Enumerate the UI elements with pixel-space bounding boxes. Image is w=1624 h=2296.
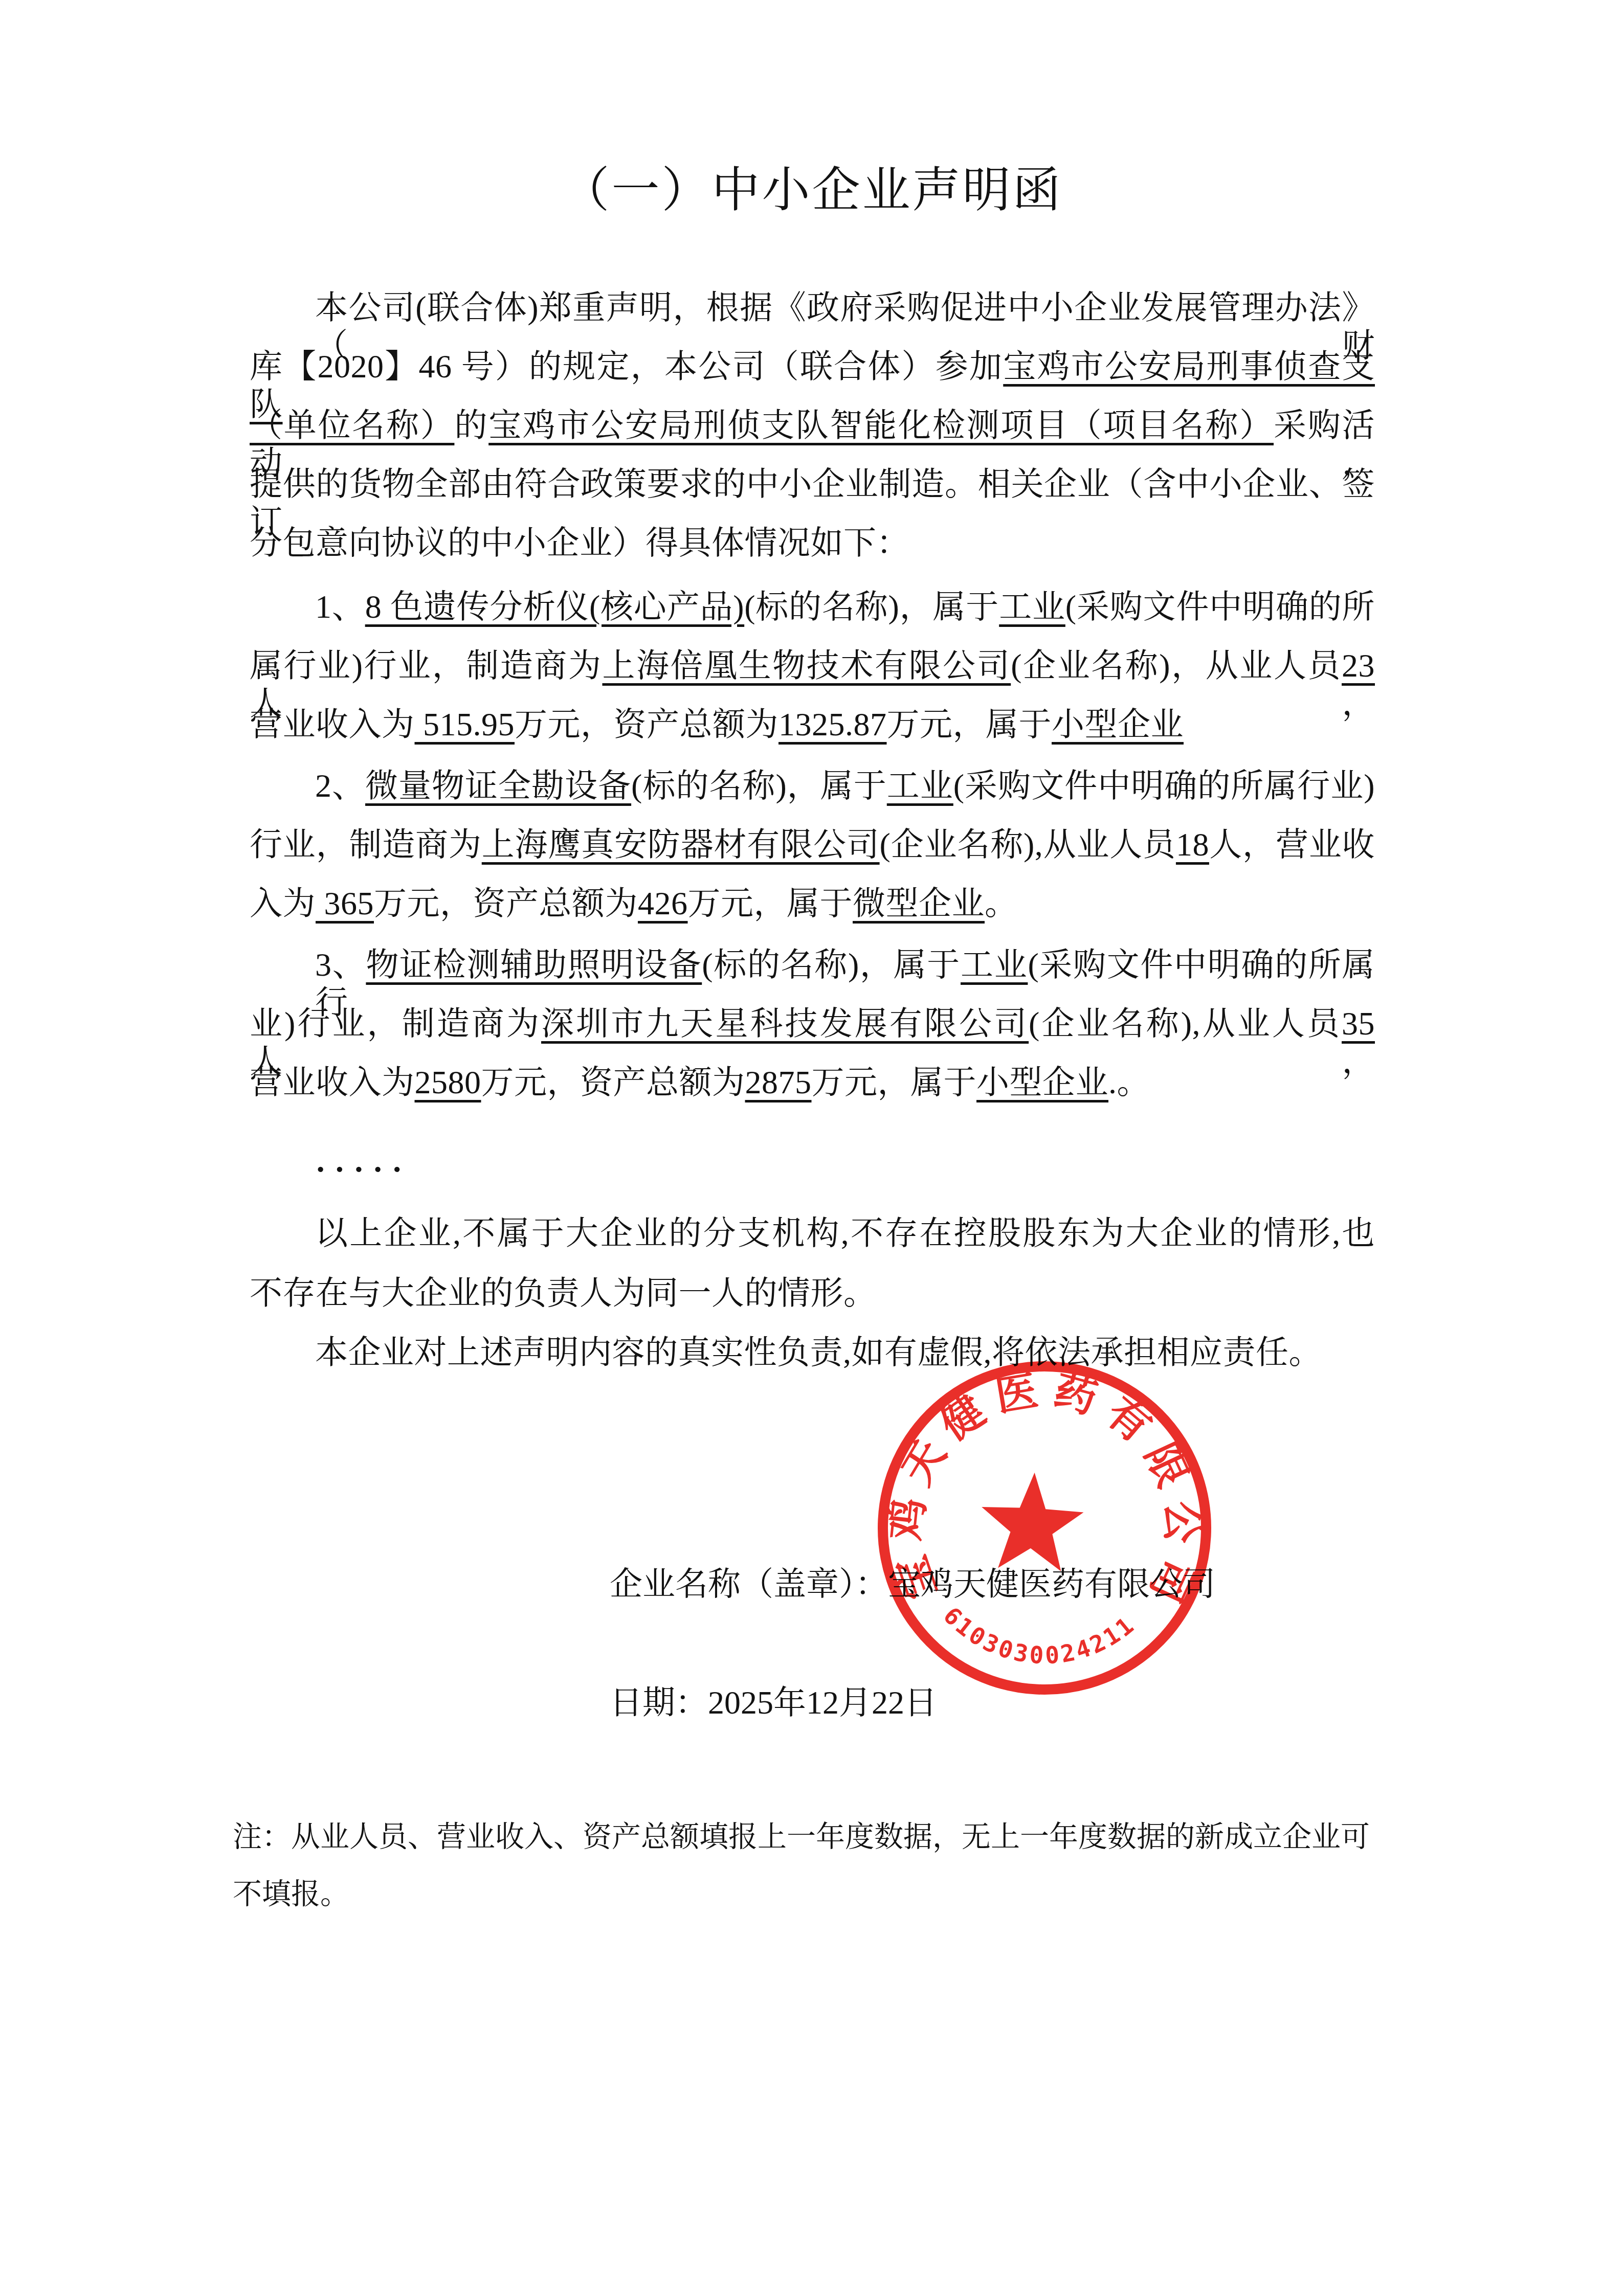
ellipsis-line: ·····	[315, 1151, 1375, 1188]
filled-in-underlined-text: 小型企业	[1052, 706, 1184, 742]
filled-in-underlined-text: 上海鹰真安防器材有限公司	[482, 826, 880, 863]
static-text: (企业名称),从业人员	[880, 826, 1176, 863]
seal-company-name: 宝鸡天健医药有限公司	[879, 1358, 1214, 1620]
body-line: 分包意向协议的中小企业）得具体情况如下：	[250, 524, 1375, 562]
filled-in-underlined-text: 深圳市九天星科技发展有限公司	[541, 1005, 1029, 1042]
static-text: 入为	[250, 885, 316, 921]
filled-in-underlined-text: 物证检测辅助照明设备	[366, 947, 702, 983]
static-text: 1、	[315, 589, 365, 625]
filled-in-underlined-text: 工业	[999, 589, 1065, 625]
body-line: 不存在与大企业的负责人为同一人的情形。	[250, 1274, 1375, 1312]
body-line: 2、微量物证全勘设备(标的名称)，属于工业(采购文件中明确的所属行业)	[315, 767, 1375, 805]
static-text: 人，营业收	[1209, 826, 1375, 863]
filled-in-underlined-text: 上海倍凰生物技术有限公司	[602, 647, 1011, 684]
seal-star-icon	[978, 1470, 1085, 1572]
static-text: 万元，资产总额为	[515, 706, 778, 742]
body-line: 行业，制造商为上海鹰真安防器材有限公司(企业名称),从业人员18人，营业收	[250, 826, 1375, 864]
static-text: 万元，属于	[812, 1064, 977, 1100]
filled-in-underlined-text: 小型企业	[976, 1064, 1108, 1100]
filled-in-underlined-text: 微型企业	[853, 885, 985, 921]
static-text: 2、	[315, 768, 365, 804]
static-text: 分包意向协议的中小企业）得具体情况如下：	[250, 525, 909, 561]
footnote-line-2: 不填报。	[233, 1871, 349, 1912]
static-text: 万元，资产总额为	[481, 1064, 745, 1100]
filled-in-underlined-text: 工业	[887, 768, 953, 804]
static-text: (标的名称)，属于	[744, 589, 999, 625]
static-text: 以上企业,不属于大企业的分支机构,不存在控股股东为大企业的情形,也	[315, 1215, 1375, 1251]
static-text: 万元，属于	[688, 885, 853, 921]
static-text: 库【2020】46 号）的规定，本公司（联合体）参加	[250, 348, 1003, 385]
filled-in-underlined-text: 8 色遗传分析仪(核心产品)	[365, 589, 744, 625]
filled-in-underlined-text: 515.95	[415, 706, 515, 742]
filled-in-underlined-text: 35	[1342, 1005, 1375, 1042]
static-text: (企业名称)，从业人员	[1011, 647, 1342, 684]
static-text: 不存在与大企业的负责人为同一人的情形。	[250, 1275, 877, 1311]
static-text: (标的名称)，属于	[631, 768, 887, 804]
footnote-line-1: 注：从业人员、营业收入、资产总额填报上一年度数据，无上一年度数据的新成立企业可	[233, 1813, 1370, 1855]
static-text: (企业名称),从业人员	[1029, 1005, 1342, 1042]
body-line: 入为 365万元，资产总额为426万元，属于微型企业。	[250, 885, 1375, 922]
filled-in-underlined-text: 18	[1176, 826, 1209, 863]
static-text: ·····	[315, 1151, 411, 1187]
filled-in-underlined-text: 426	[638, 885, 688, 921]
static-text: 万元，属于	[887, 706, 1052, 742]
filled-in-underlined-text: 2875	[745, 1064, 812, 1100]
filled-in-underlined-text: 365	[316, 885, 374, 921]
declaration-document-page: （一）中小企业声明函 本公司(联合体)郑重声明，根据《政府采购促进中小企业发展管…	[0, 0, 1624, 2296]
static-text: 属行业)行业，制造商为	[250, 647, 602, 684]
page-title: （一）中小企业声明函	[0, 151, 1624, 220]
seal-number: 6103030024211	[936, 1601, 1142, 1674]
static-text: 业)行业，制造商为	[250, 1005, 541, 1042]
filled-in-underlined-text: 微量物证全勘设备	[365, 768, 631, 804]
filled-in-underlined-text: （单位名称）	[250, 407, 454, 443]
static-text: (采购文件中明确的所属行业)	[953, 768, 1375, 804]
company-seal-stamp: 宝鸡天健医药有限公司 6103030024211	[851, 1335, 1238, 1722]
static-text: 。	[985, 885, 1018, 921]
filled-in-underlined-text: 23	[1342, 647, 1375, 684]
filled-in-underlined-text: 2580	[415, 1064, 481, 1100]
body-line: 营业收入为2580万元，资产总额为2875万元，属于小型企业.。	[250, 1064, 1375, 1101]
static-text: .。	[1108, 1064, 1150, 1100]
body-line: 以上企业,不属于大企业的分支机构,不存在控股股东为大企业的情形,也	[315, 1214, 1375, 1252]
filled-in-underlined-text: 工业	[961, 947, 1028, 983]
static-text: 营业收入为	[250, 706, 415, 742]
body-line: 1、8 色遗传分析仪(核心产品)(标的名称)，属于工业(采购文件中明确的所	[315, 588, 1375, 626]
filled-in-underlined-text: 宝鸡市公安局刑侦支队智能化检测项目（项目名称）	[488, 407, 1274, 443]
static-text: 万元，资产总额为	[374, 885, 638, 921]
static-text: 营业收入为	[250, 1064, 415, 1100]
static-text: 3、	[315, 947, 366, 983]
static-text: 行业，制造商为	[250, 826, 482, 863]
static-text: 的	[454, 407, 488, 443]
static-text: (采购文件中明确的所	[1065, 589, 1375, 625]
filled-in-underlined-text: 1325.87	[778, 706, 887, 742]
body-line: 营业收入为 515.95万元，资产总额为1325.87万元，属于小型企业	[250, 706, 1375, 744]
static-text: (标的名称)，属于	[702, 947, 961, 983]
